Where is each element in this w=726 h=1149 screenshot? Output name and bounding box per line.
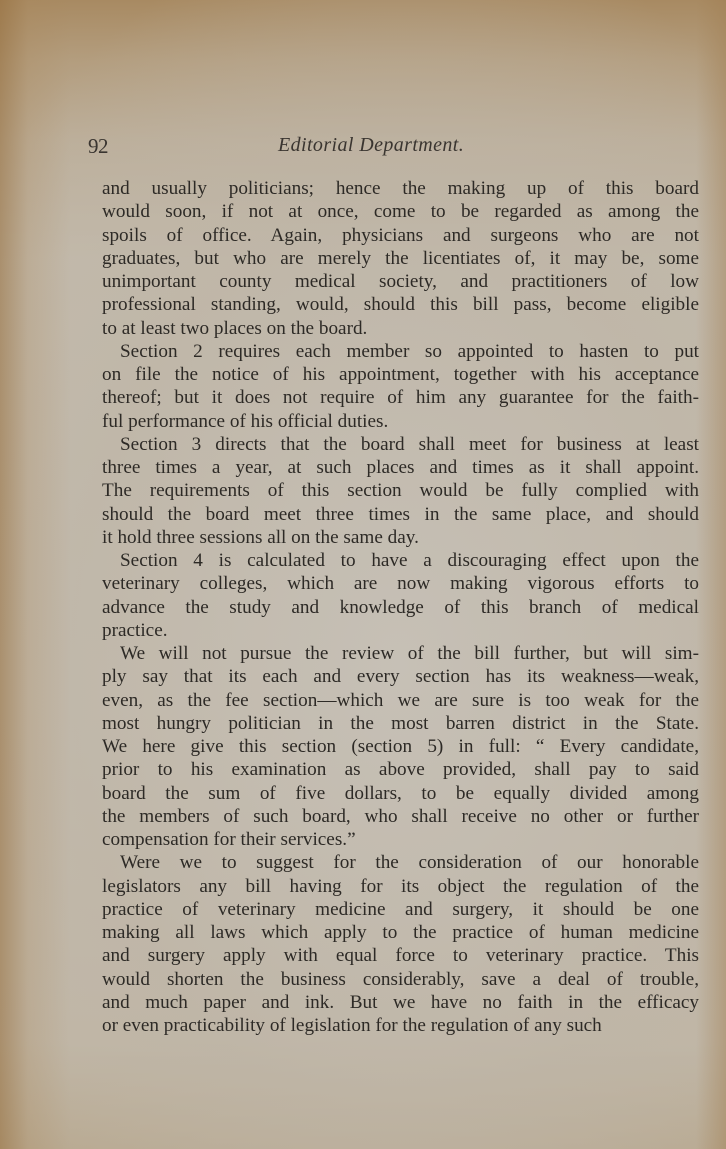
text-line: board the sum of five dollars, to be equ… [102,782,699,805]
text-line: compensation for their services.” [102,828,699,851]
text-line: and surgery apply with equal force to ve… [102,944,699,967]
scanned-page: 92 Editorial Department. and usually pol… [0,0,726,1149]
text-line: prior to his examination as above provid… [102,758,699,781]
paragraph: Section 3 directs that the board shall m… [102,433,699,549]
text-line: or even practicability of legislation fo… [102,1014,699,1037]
text-line: even, as the fee section—which we are su… [102,689,699,712]
paragraph: We will not pursue the review of the bil… [102,642,699,851]
text-line: The requirements of this section would b… [102,479,699,502]
running-head-title: Editorial Department. [278,134,464,157]
text-line: We here give this section (section 5) in… [102,735,699,758]
text-line: three times a year, at such places and t… [102,456,699,479]
text-line: legislators any bill having for its obje… [102,875,699,898]
page-number: 92 [88,134,108,159]
text-line: practice. [102,619,699,642]
paragraph: Section 2 requires each member so appoin… [102,340,699,433]
text-line: unimportant county medical society, and … [102,270,699,293]
text-line: would shorten the business considerably,… [102,968,699,991]
text-line: it hold three sessions all on the same d… [102,526,699,549]
text-line: the members of such board, who shall rec… [102,805,699,828]
text-line: would soon, if not at once, come to be r… [102,200,699,223]
paragraph: and usually politicians; hence the makin… [102,177,699,340]
text-line: on file the notice of his appointment, t… [102,363,699,386]
text-line: most hungry politician in the most barre… [102,712,699,735]
text-line: We will not pursue the review of the bil… [102,642,699,665]
text-line: graduates, but who are merely the licent… [102,247,699,270]
paragraph: Were we to suggest for the consideration… [102,851,699,1037]
text-line: spoils of office. Again, physicians and … [102,224,699,247]
text-line: practice of veterinary medicine and surg… [102,898,699,921]
paragraph: Section 4 is calculated to have a discou… [102,549,699,642]
text-line: veterinary colleges, which are now makin… [102,572,699,595]
text-line: making all laws which apply to the pract… [102,921,699,944]
text-line: professional standing, would, should thi… [102,293,699,316]
text-line: and much paper and ink. But we have no f… [102,991,699,1014]
text-line: Section 3 directs that the board shall m… [102,433,699,456]
text-line: ful performance of his official duties. [102,410,699,433]
text-line: Were we to suggest for the consideration… [102,851,699,874]
text-line: thereof; but it does not require of him … [102,386,699,409]
running-head: 92 Editorial Department. [88,134,698,160]
body-text: and usually politicians; hence the makin… [102,177,699,1037]
text-line: to at least two places on the board. [102,317,699,340]
text-line: should the board meet three times in the… [102,503,699,526]
text-line: Section 4 is calculated to have a discou… [102,549,699,572]
text-line: advance the study and knowledge of this … [102,596,699,619]
text-line: ply say that its each and every section … [102,665,699,688]
text-line: and usually politicians; hence the makin… [102,177,699,200]
text-line: Section 2 requires each member so appoin… [102,340,699,363]
